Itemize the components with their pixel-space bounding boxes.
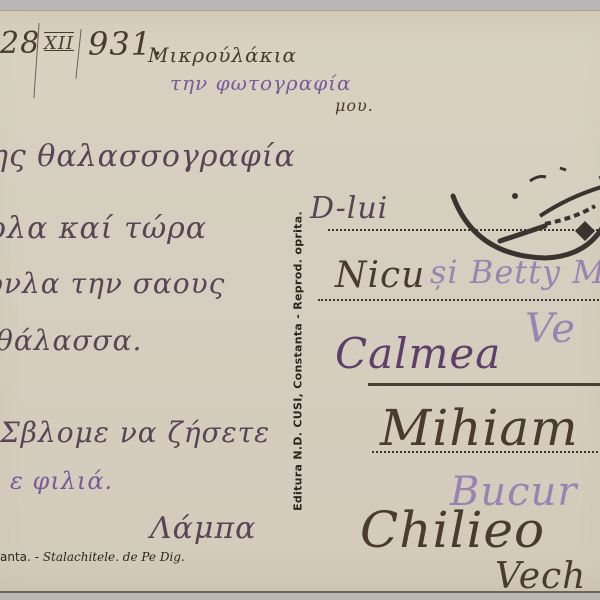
address-line-3 xyxy=(368,383,600,386)
date-month: XII xyxy=(44,33,74,54)
address-recipient-purple: și Betty Mih xyxy=(430,253,600,291)
address-salutation: D-lui xyxy=(310,191,388,226)
caption-title: Stalachitele. de Pe Dig. xyxy=(43,550,185,564)
date-note-line1: Μικρούλάκια xyxy=(148,43,297,67)
date-note-line2: την φωτογραφία xyxy=(170,71,352,95)
publisher-imprint: Editura N.D. CUSI, Constanta - Reprod. o… xyxy=(292,211,305,511)
signature: Λάμπα xyxy=(150,511,256,546)
message-line-2: ολα καί τώρα xyxy=(0,211,207,246)
address-purple-line2: Ve xyxy=(525,306,576,352)
address-street: Calmea xyxy=(335,329,501,378)
closing-line-1: Σβλομε να ζήσετε xyxy=(0,416,270,449)
address-line-1 xyxy=(328,229,600,231)
address-line-mihiam: Mihiam xyxy=(380,399,579,457)
closing-line-2: ε φιλιά. xyxy=(10,467,113,495)
printed-caption: anta. - Stalachitele. de Pe Dig. xyxy=(0,550,185,564)
message-line-1: ης θαλασσογραφία xyxy=(0,139,296,174)
date-divider xyxy=(75,29,81,79)
message-line-4: θάλασσα. xyxy=(0,324,142,357)
date-day: 28 xyxy=(0,26,40,61)
address-city-suffix: Vech xyxy=(495,556,586,597)
caption-prefix: anta. - xyxy=(0,550,39,564)
postcard-back: 28 XII 931. Μικρούλάκια την φωτογραφία μ… xyxy=(0,10,600,593)
address-city-brown: Chilieo xyxy=(360,501,545,559)
address-recipient-brown: Nicu xyxy=(335,255,425,296)
address-line-2 xyxy=(318,299,600,301)
date-note-line3: μου. xyxy=(335,96,374,115)
postmark-icon xyxy=(445,156,600,266)
message-line-3: ύνλα την σαους xyxy=(0,267,225,300)
